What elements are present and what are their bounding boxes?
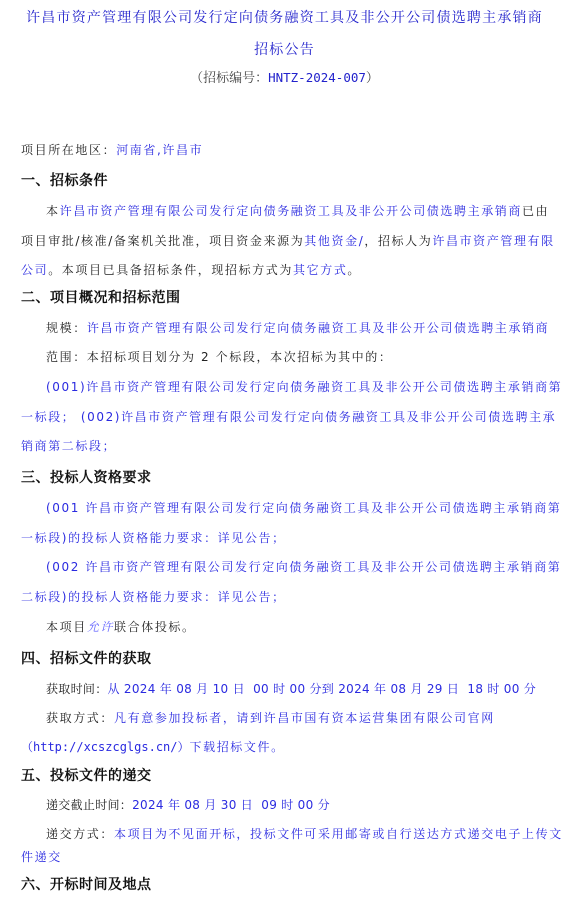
consortium-value: 允许 [87, 620, 114, 634]
section-heading-opening-time-place: 六、开标时间及地点 [21, 877, 152, 893]
deadline-label: 递交截止时间： [46, 798, 132, 812]
download-url-link[interactable]: （http://xcszcglgs.cn/） [21, 740, 190, 754]
tender-method: 其它方式 [293, 263, 347, 277]
text: 已由 [522, 204, 549, 218]
section-heading-submission: 五、投标文件的递交 [21, 768, 152, 784]
obtain-method-label: 获取方式： [46, 711, 114, 725]
section-heading-obtain-documents: 四、招标文件的获取 [21, 651, 152, 667]
conditions-line-3: 公司。本项目已具备招标条件，现招标方式为其它方式。 [21, 262, 361, 278]
obtain-time-value: 从 2024 年 08 月 10 日 00 时 00 分到 2024 年 08 … [108, 682, 537, 696]
qualification-lot2-line1: (002 许昌市资产管理有限公司发行定向债务融资工具及非公开公司债选聘主承销商第 [46, 559, 561, 575]
download-url-suffix: 下载招标文件。 [190, 740, 285, 754]
conditions-line-2: 项目审批/核准/备案机关批准，项目资金来源为其他资金/，招标人为许昌市资产管理有… [21, 233, 555, 249]
submission-deadline: 递交截止时间：2024 年 08 月 30 日 09 时 00 分 [46, 797, 330, 813]
scale-label: 规模： [46, 321, 87, 335]
announcement-subtitle: 招标公告 [0, 42, 569, 58]
project-name: 许昌市资产管理有限公司发行定向债务融资工具及非公开公司债选聘主承销商 [60, 204, 522, 218]
section-heading-project-overview: 二、项目概况和招标范围 [21, 290, 181, 306]
tenderer-name: 许昌市资产管理有限 [432, 234, 554, 248]
project-location: 项目所在地区：河南省,许昌市 [21, 142, 203, 158]
lots-line-3: 销商第二标段； [21, 438, 116, 454]
obtain-method: 获取方式：凡有意参加投标者，请到许昌市国有资本运营集团有限公司官网 [46, 710, 495, 726]
tenderer-name-cont: 公司 [21, 263, 48, 277]
section-heading-tender-conditions: 一、招标条件 [21, 173, 108, 189]
project-range: 范围：本招标项目划分为 2 个标段，本次招标为其中的： [46, 349, 392, 365]
fund-source: 其他资金/ [304, 234, 364, 248]
qualification-lot1-line1: (001 许昌市资产管理有限公司发行定向债务融资工具及非公开公司债选聘主承销商第 [46, 500, 561, 516]
submission-method: 递交方式：本项目为不见面开标，投标文件可采用邮寄或自行送达方式递交电子上传文 [46, 826, 563, 842]
text: 。本项目已具备招标条件，现招标方式为 [48, 263, 293, 277]
section-heading-bidder-qualifications: 三、投标人资格要求 [21, 470, 152, 486]
text: 联合体投标。 [114, 620, 196, 634]
consortium-statement: 本项目允许联合体投标。 [46, 619, 196, 635]
submission-method-value: 本项目为不见面开标，投标文件可采用邮寄或自行送达方式递交电子上传文 [114, 827, 563, 841]
text: 本 [46, 204, 60, 218]
tender-code: （招标编号：HNTZ-2024-007） [0, 70, 569, 87]
download-url-line: （http://xcszcglgs.cn/）下载招标文件。 [21, 739, 285, 755]
qualification-lot1-line2: 一标段)的投标人资格能力要求：详见公告； [21, 530, 286, 546]
location-label: 项目所在地区： [21, 143, 116, 157]
obtain-method-value: 凡有意参加投标者，请到许昌市国有资本运营集团有限公司官网 [114, 711, 495, 725]
text: 本项目 [46, 620, 87, 634]
text: 。 [347, 263, 361, 277]
scale-value: 许昌市资产管理有限公司发行定向债务融资工具及非公开公司债选聘主承销商 [87, 321, 549, 335]
obtain-time: 获取时间：从 2024 年 08 月 10 日 00 时 00 分到 2024 … [46, 681, 536, 697]
project-scale: 规模：许昌市资产管理有限公司发行定向债务融资工具及非公开公司债选聘主承销商 [46, 320, 549, 336]
tender-code-prefix: （招标编号： [190, 71, 268, 86]
location-value: 河南省,许昌市 [116, 143, 203, 157]
text: 项目审批/核准/备案机关批准，项目资金来源为 [21, 234, 304, 248]
qualification-lot2-line2: 二标段)的投标人资格能力要求：详见公告； [21, 589, 286, 605]
obtain-time-label: 获取时间： [46, 682, 108, 696]
text: ，招标人为 [364, 234, 432, 248]
deadline-value: 2024 年 08 月 30 日 09 时 00 分 [132, 798, 330, 812]
tender-code-suffix: ） [366, 71, 379, 86]
conditions-line-1: 本许昌市资产管理有限公司发行定向债务融资工具及非公开公司债选聘主承销商已由 [46, 203, 549, 219]
announcement-title: 许昌市资产管理有限公司发行定向债务融资工具及非公开公司债选聘主承销商 [0, 10, 569, 26]
tender-code-value: HNTZ-2024-007 [268, 70, 366, 85]
lots-line-2: 一标段； (002)许昌市资产管理有限公司发行定向债务融资工具及非公开公司债选聘… [21, 409, 556, 425]
submission-method-label: 递交方式： [46, 827, 114, 841]
submission-method-cont: 件递交 [21, 849, 62, 865]
lots-line-1: (001)许昌市资产管理有限公司发行定向债务融资工具及非公开公司债选聘主承销商第 [46, 379, 562, 395]
